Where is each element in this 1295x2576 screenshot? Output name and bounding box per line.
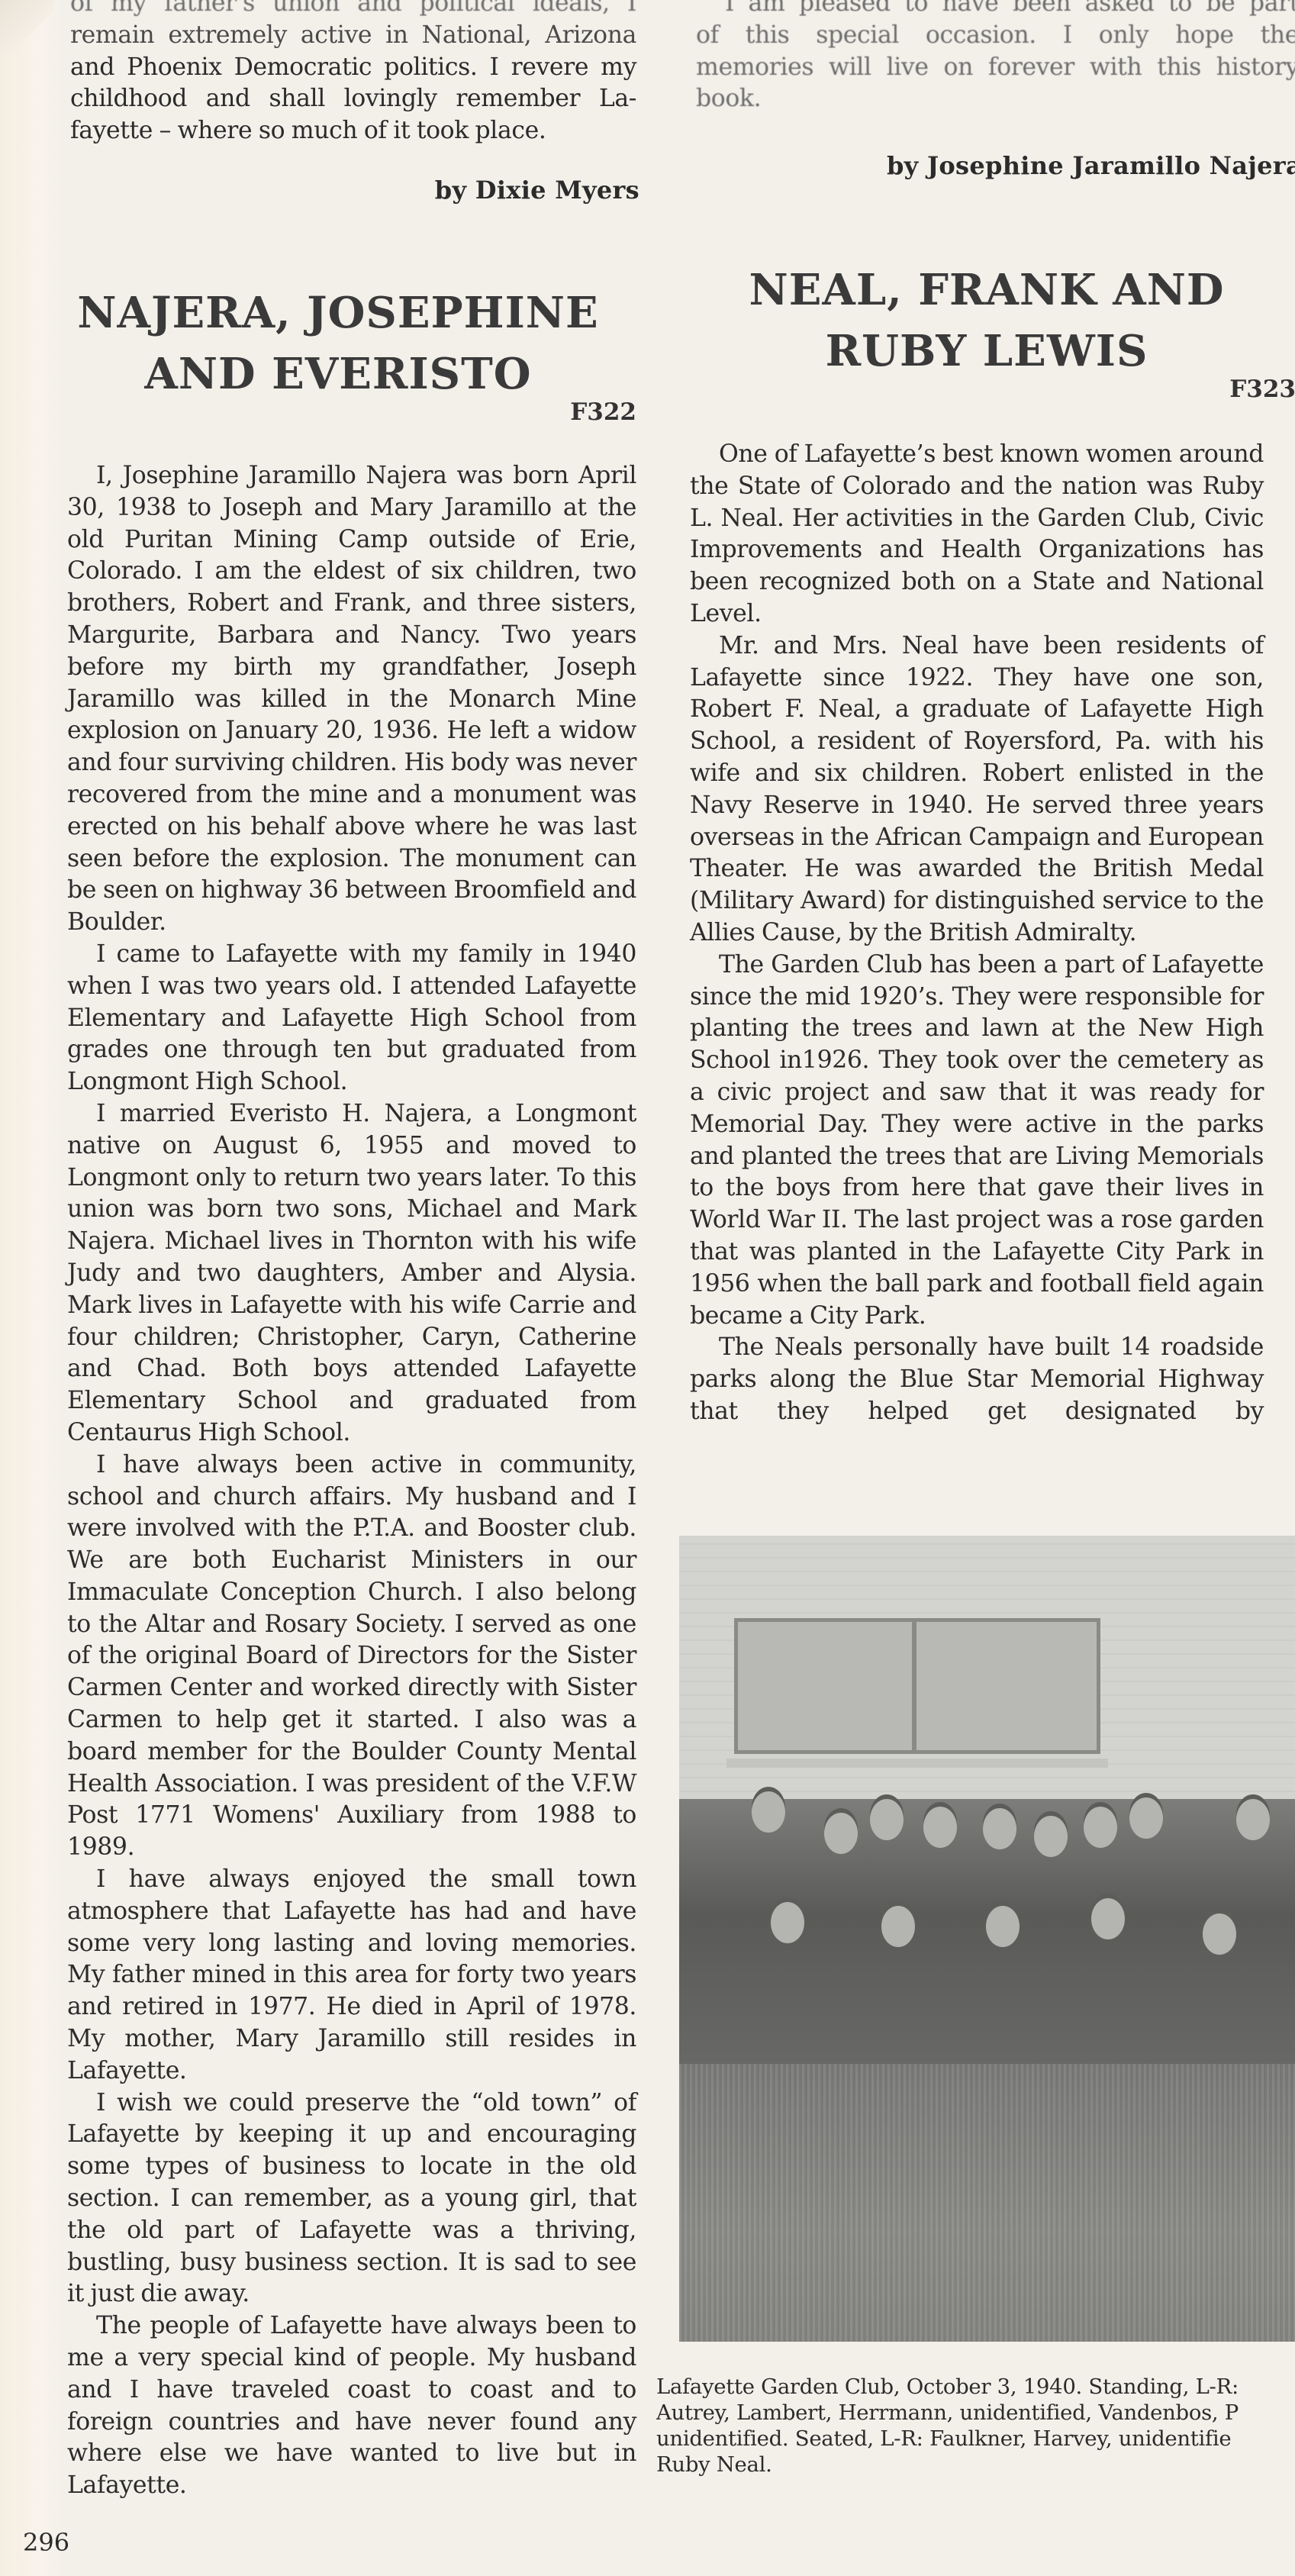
garden-club-group-photo	[679, 1536, 1295, 2342]
paragraph: Mr. and Mrs. Neal have been residents of…	[690, 630, 1264, 949]
article-heading-line1: NEAL, FRANK AND	[679, 260, 1294, 321]
caption-line: unidentified. Seated, L-R: Faulkner, Har…	[656, 2426, 1295, 2452]
paragraph: I married Everisto H. Najera, a Longmont…	[67, 1098, 636, 1449]
continued-line: book.	[696, 83, 1295, 115]
photo-caption: Lafayette Garden Club, October 3, 1940. …	[656, 2374, 1295, 2478]
byline-dixie-myers: by Dixie Myers	[435, 176, 639, 205]
continued-line: of my father's union and political ideal…	[70, 0, 636, 20]
photo-person	[1129, 1797, 1163, 1839]
article-heading-line2: AND EVERISTO	[40, 343, 636, 405]
article-heading-line1: NAJERA, JOSEPHINE	[40, 282, 636, 343]
paragraph: I have always enjoyed the small town atm…	[67, 1864, 636, 2088]
photo-person	[1084, 1807, 1117, 1848]
paragraph: I came to Lafayette with my family in 19…	[67, 939, 636, 1098]
continued-line: childhood and shall lovingly remember La…	[70, 83, 636, 115]
paragraph: I, Josephine Jaramillo Najera was born A…	[67, 460, 636, 939]
continued-text-josephine: I am pleased to have been asked to be pa…	[696, 0, 1295, 115]
byline-josephine-najera: by Josephine Jaramillo Najera	[887, 151, 1295, 180]
paragraph: I wish we could preserve the “old town” …	[67, 2088, 636, 2311]
photo-person	[1091, 1898, 1125, 1939]
photo-window-sill	[726, 1759, 1108, 1768]
photo-person	[870, 1799, 904, 1840]
photo-person	[824, 1813, 858, 1854]
paragraph: The Garden Club has been a part of Lafay…	[690, 949, 1264, 1333]
article-neal: NEAL, FRANK AND RUBY LEWIS F323	[679, 260, 1294, 403]
continued-line: I am pleased to have been asked to be pa…	[696, 0, 1295, 20]
photo-person	[771, 1902, 804, 1943]
article-najera: NAJERA, JOSEPHINE AND EVERISTO F322	[40, 282, 636, 426]
photo-person	[983, 1808, 1016, 1849]
caption-line: Autrey, Lambert, Herrmann, unidentified,…	[656, 2400, 1295, 2426]
article-heading-line2: RUBY LEWIS	[679, 321, 1294, 382]
paragraph: The Neals personally have built 14 roads…	[690, 1332, 1264, 1427]
photo-person	[881, 1906, 915, 1947]
paragraph: One of Lafayette’s best known women arou…	[690, 439, 1264, 630]
folded-page-corner	[0, 0, 53, 53]
photo-window	[734, 1618, 1100, 1754]
paragraph: The people of Lafayette have always been…	[67, 2310, 636, 2502]
photo-person	[752, 1791, 785, 1833]
photo-person	[923, 1807, 957, 1848]
photo-lawn	[679, 2064, 1295, 2342]
photo-person	[1236, 1799, 1270, 1840]
photo-person	[1034, 1816, 1068, 1857]
photo-group-of-women	[679, 1799, 1295, 2089]
continued-line: memories will live on forever with this …	[696, 52, 1295, 84]
continued-line: fayette – where so much of it took place…	[70, 115, 636, 147]
photo-person	[1203, 1913, 1236, 1955]
continued-text-dixie-myers: of my father's union and political ideal…	[70, 0, 636, 147]
continued-line: and Phoenix Democratic politics. I rever…	[70, 52, 636, 84]
paragraph: I have always been active in community, …	[67, 1449, 636, 1864]
continued-line: remain extremely active in National, Ari…	[70, 20, 636, 52]
continued-line: of this special occasion. I only hope th…	[696, 20, 1295, 52]
article-body-neal: One of Lafayette’s best known women arou…	[690, 439, 1264, 1428]
page-number: 296	[23, 2528, 69, 2557]
caption-line: Lafayette Garden Club, October 3, 1940. …	[656, 2374, 1295, 2400]
photo-person	[986, 1906, 1020, 1947]
article-body-najera: I, Josephine Jaramillo Najera was born A…	[67, 460, 636, 2502]
caption-line: Ruby Neal.	[656, 2452, 1295, 2478]
